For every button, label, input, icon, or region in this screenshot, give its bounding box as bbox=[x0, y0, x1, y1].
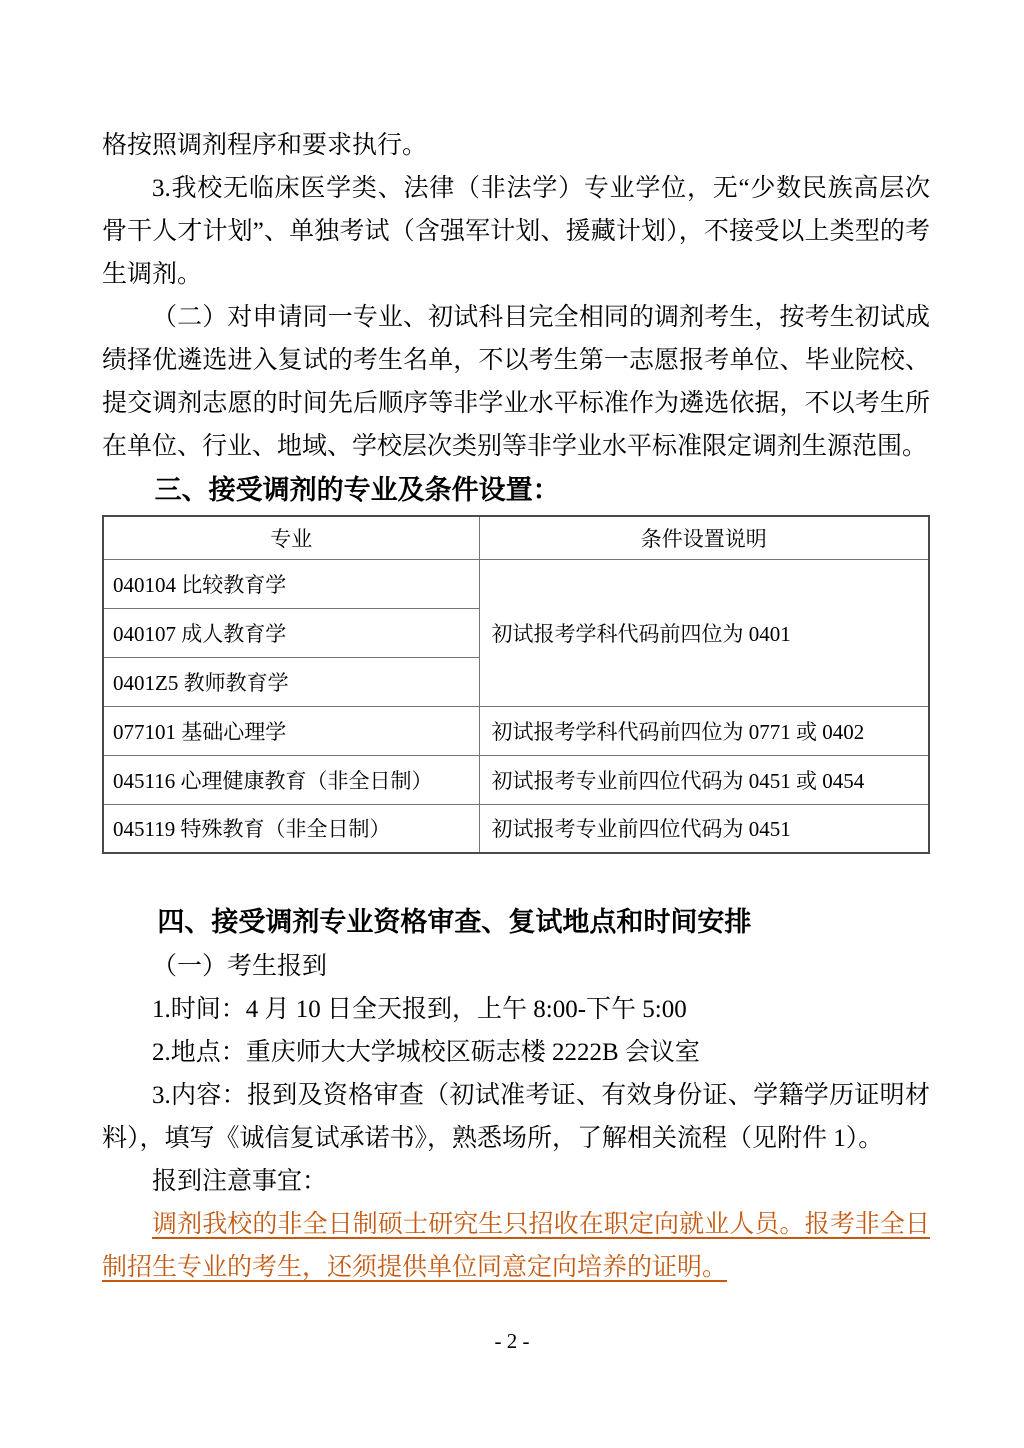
paragraph-item-two: （二）对申请同一专业、初试科目完全相同的调剂考生，按考生初试成绩择优遴选进入复试… bbox=[102, 296, 930, 468]
note-highlight-paragraph: 调剂我校的非全日制硕士研究生只招收在职定向就业人员。报考非全日制招生专业的考生，… bbox=[102, 1203, 930, 1289]
section4-heading: 四、接受调剂专业资格审查、复试地点和时间安排 bbox=[102, 900, 930, 945]
major-cell: 040104 比较教育学 bbox=[103, 559, 479, 608]
paragraph-continued: 格按照调剂程序和要求执行。 bbox=[102, 124, 930, 167]
column-header-major: 专业 bbox=[103, 516, 479, 559]
major-cell: 0401Z5 教师教育学 bbox=[103, 657, 479, 706]
major-cell: 077101 基础心理学 bbox=[103, 706, 479, 755]
page-number: - 2 - bbox=[0, 1326, 1024, 1356]
condition-cell: 初试报考专业前四位代码为 0451 或 0454 bbox=[479, 755, 929, 804]
report-content-paragraph: 3.内容：报到及资格审查（初试准考证、有效身份证、学籍学历证明材料），填写《诚信… bbox=[102, 1074, 930, 1160]
section3-heading: 三、接受调剂的专业及条件设置： bbox=[102, 468, 930, 513]
condition-cell: 初试报考学科代码前四位为 0401 bbox=[479, 559, 929, 706]
condition-cell: 初试报考专业前四位代码为 0451 bbox=[479, 804, 929, 853]
column-header-condition: 条件设置说明 bbox=[479, 516, 929, 559]
report-place-line: 2.地点：重庆师大大学城校区砺志楼 2222B 会议室 bbox=[102, 1031, 930, 1074]
page-content: 格按照调剂程序和要求执行。 3.我校无临床医学类、法律（非法学）专业学位，无“少… bbox=[102, 124, 930, 1289]
paragraph-item3: 3.我校无临床医学类、法律（非法学）专业学位，无“少数民族高层次骨干人才计划”、… bbox=[102, 167, 930, 296]
table-row: 040104 比较教育学 初试报考学科代码前四位为 0401 bbox=[103, 559, 929, 608]
condition-cell: 初试报考学科代码前四位为 0771 或 0402 bbox=[479, 706, 929, 755]
table-row: 045119 特殊教育（非全日制） 初试报考专业前四位代码为 0451 bbox=[103, 804, 929, 853]
major-cell: 045116 心理健康教育（非全日制） bbox=[103, 755, 479, 804]
table-row: 045116 心理健康教育（非全日制） 初试报考专业前四位代码为 0451 或 … bbox=[103, 755, 929, 804]
adjustment-majors-table: 专业 条件设置说明 040104 比较教育学 初试报考学科代码前四位为 0401… bbox=[102, 515, 930, 854]
major-cell: 045119 特殊教育（非全日制） bbox=[103, 804, 479, 853]
table-row: 077101 基础心理学 初试报考学科代码前四位为 0771 或 0402 bbox=[103, 706, 929, 755]
major-cell: 040107 成人教育学 bbox=[103, 608, 479, 657]
document-page: { "colors": { "text": "#000000", "highli… bbox=[0, 0, 1024, 1448]
section4-sub-heading: （一）考生报到 bbox=[102, 945, 930, 988]
report-time-line: 1.时间：4 月 10 日全天报到，上午 8:00-下午 5:00 bbox=[102, 988, 930, 1031]
table-header-row: 专业 条件设置说明 bbox=[103, 516, 929, 559]
note-label: 报到注意事宜： bbox=[102, 1160, 930, 1203]
